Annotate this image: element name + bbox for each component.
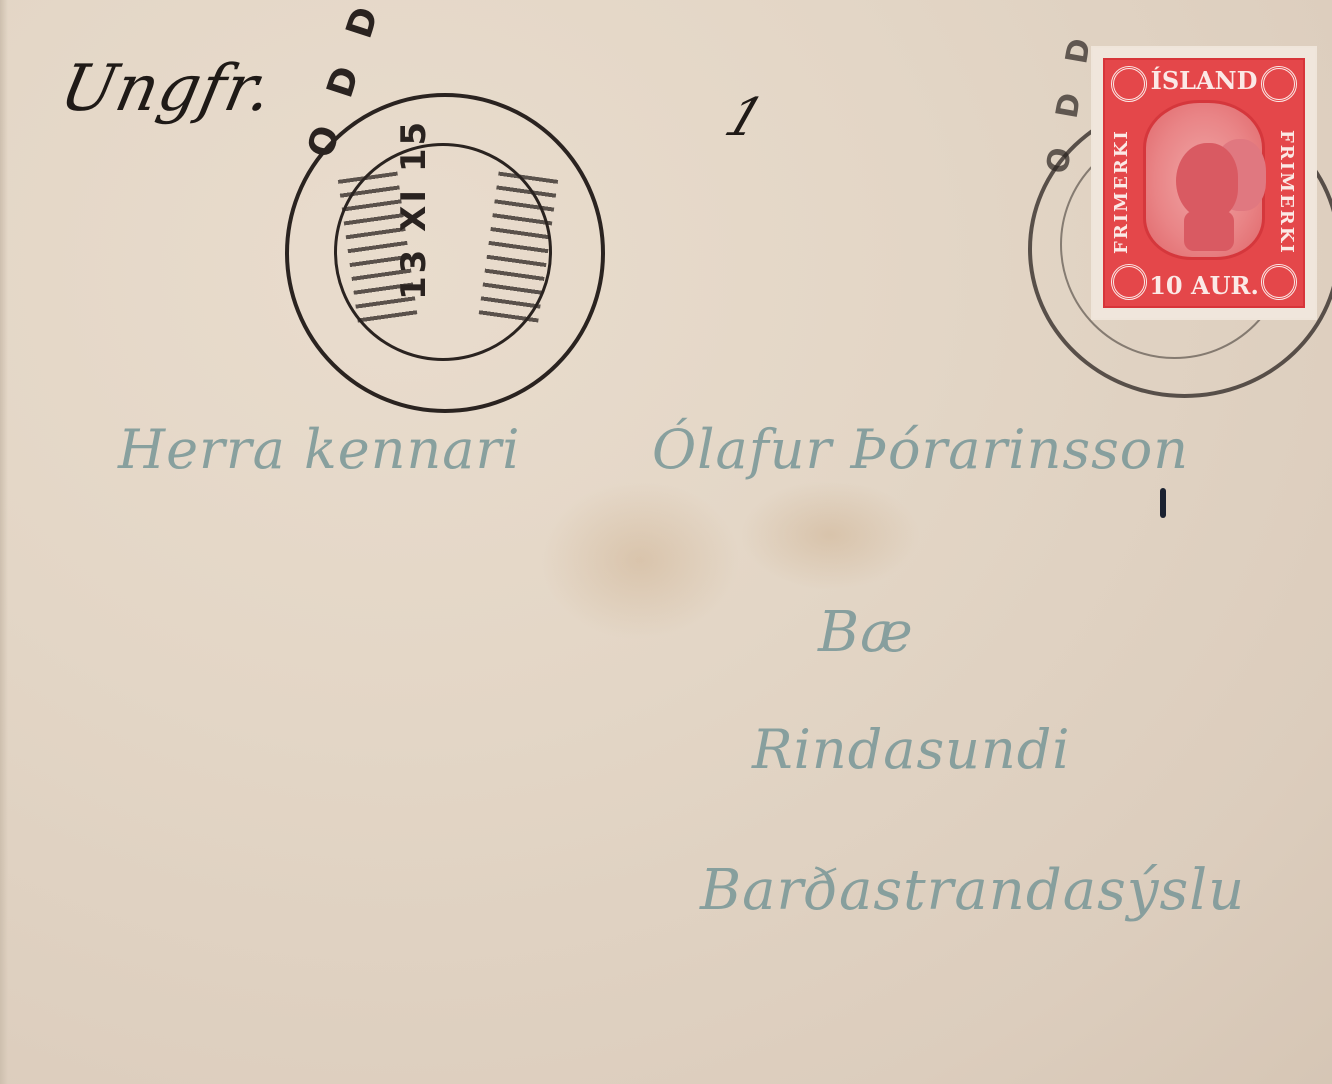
postmark-left-date: 13 XI 15: [394, 119, 434, 300]
envelope-edge: [0, 0, 8, 1084]
address-salutation: Herra kennari: [118, 418, 521, 481]
address-farm: Bæ: [818, 600, 914, 665]
envelope: Ungfr. 1 O D D I 13 XI 15 O D D ÍSLAND F…: [0, 0, 1332, 1084]
stamp-corner-ornament-icon: [1261, 66, 1297, 102]
address-recipient-name: Ólafur Þórarinsson: [652, 418, 1189, 481]
postage-stamp: ÍSLAND FRIMERKI FRIMERKI 10 AUR.: [1093, 48, 1315, 318]
portrait-neck: [1184, 211, 1234, 251]
stamp-side-text-right: FRIMERKI: [1271, 112, 1297, 272]
paper-stain: [740, 480, 920, 590]
ink-blot: [1160, 488, 1166, 518]
address-county: Barðastrandasýslu: [700, 858, 1245, 923]
handwritten-note-ungfr: Ungfr.: [54, 52, 279, 126]
stamp-side-text-left: FRIMERKI: [1111, 112, 1137, 272]
stamp-frame: ÍSLAND FRIMERKI FRIMERKI 10 AUR.: [1103, 58, 1305, 308]
stamp-portrait-kings-icon: [1143, 100, 1265, 260]
paper-stain: [540, 480, 740, 640]
handwritten-mark-one: 1: [717, 88, 773, 148]
stamp-corner-ornament-icon: [1111, 66, 1147, 102]
portrait-head-front: [1176, 143, 1238, 219]
address-locality: Rindasundi: [752, 718, 1071, 781]
stamp-country: ÍSLAND: [1147, 66, 1261, 95]
stamp-value: 10 AUR.: [1145, 271, 1263, 300]
